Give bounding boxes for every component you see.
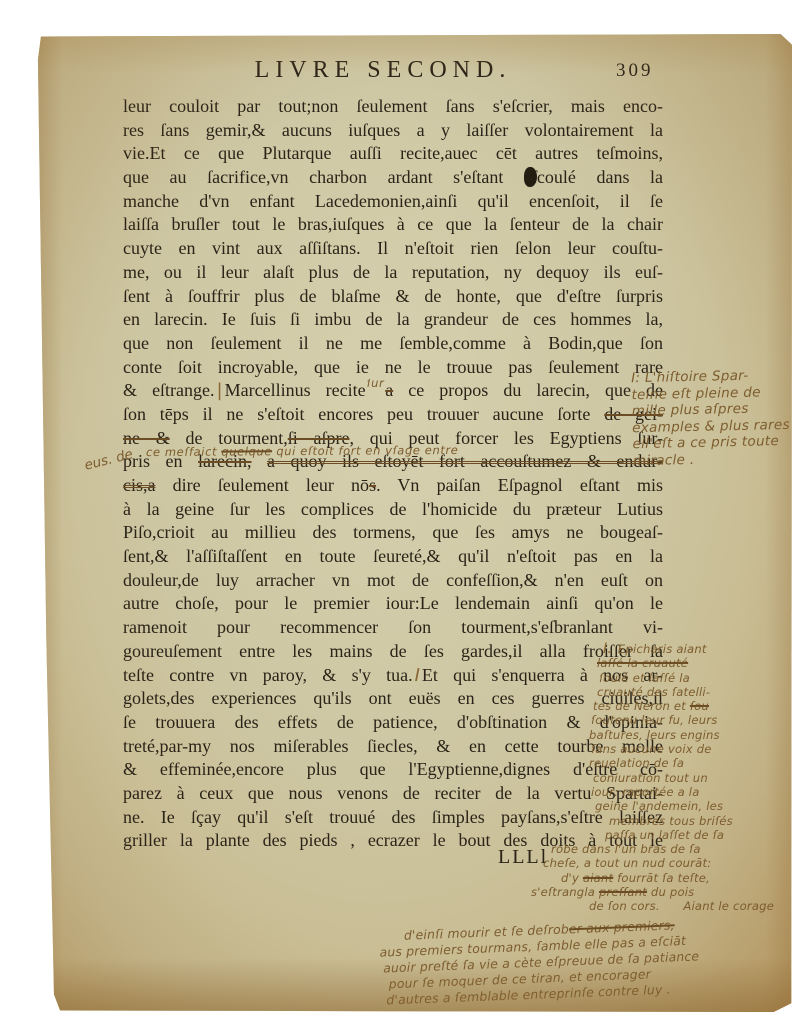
text-segment: & eſtrange. (123, 380, 215, 400)
print-line: ne. Ie ſçay qu'il s'eſt trouué des ſimpl… (123, 806, 663, 830)
text-segment: quelque (221, 444, 272, 458)
text-segment: a (385, 380, 393, 400)
text-segment: preſſant (599, 885, 647, 899)
print-line: que au ſacrifice,vn charbon ardant s'eſt… (123, 166, 663, 190)
print-line: treté,par-my nos miſerables ſiecles, & e… (123, 735, 663, 759)
text-segment: robe dans l'un bras de ſa (551, 842, 701, 856)
margin-note-line: laſſé la cruauté (597, 656, 792, 670)
margin-note-line: membres tous briſés (609, 814, 792, 828)
text-segment: ſoutenu leur fu, leurs (591, 713, 717, 727)
text-segment: me, ou il leur alaſt plus de la reputati… (123, 262, 663, 282)
text-segment: laſſé la cruauté (597, 656, 688, 670)
margin-note-line: s'eſtrangla preſſant du pois (531, 885, 792, 899)
margin-note-epicharis: I. Epicharis aiantlaſſé la cruautéſoulé … (601, 642, 792, 914)
margin-note-line: d'y aiant fourrāt ſa teſte, (561, 871, 792, 885)
text-segment: & effeminée,encore plus que l'Egyptienne… (123, 759, 663, 779)
print-line: ramenoit pour recommencer ſon tourment,s… (123, 616, 663, 640)
print-line: res ſans gemir,& aucuns iuſques a y laiſ… (123, 119, 663, 143)
page-number: 309 (616, 60, 654, 82)
print-line: ſe trouuera des effets de patience, d'ob… (123, 711, 663, 735)
margin-note-line: reuelation de ſa (589, 756, 792, 770)
text-segment: coulé dans la (537, 167, 663, 187)
text-segment: miracle . (633, 452, 695, 469)
text-segment: membres tous briſés (609, 814, 733, 828)
text-segment: conte ſoit incroyable, que ie ne le trou… (123, 357, 663, 377)
margin-note-sparta: I: L'hiſtoire Spar-teine eſt pleine demi… (631, 366, 792, 470)
print-line: teſte contre vn paroy, & s'y tua.IEt qui… (123, 664, 663, 688)
text-segment: paſſa un laſſet de ſa (605, 828, 724, 842)
print-line: Piſo,crioit au millieu des tormens, que … (123, 521, 663, 545)
text-segment: manche d'vn enfant Lacedemonien,ainſi qu… (123, 191, 663, 211)
text-segment: cuyte en vint aux aſſiſtans. Il n'eſtoit… (123, 238, 663, 258)
margin-note-line: iour: raportée a la (591, 785, 792, 799)
print-line: laiſſa bruſler tout le bras,iuſques à ce… (123, 213, 663, 237)
margin-note-line: tes de Neron et ſou (593, 699, 792, 713)
text-segment: Piſo,crioit au millieu des tormens, que … (123, 522, 663, 542)
margin-note-line: ſoulé et laſſé la (599, 671, 792, 685)
print-line: cuyte en vint aux aſſiſtans. Il n'eſtoit… (123, 237, 663, 261)
margin-note-line: baſtures, leurs engins (589, 728, 792, 742)
margin-note-line: paſſa un laſſet de ſa (605, 828, 792, 842)
ink-blot: eſ (524, 167, 537, 187)
text-segment: cheſe, a tout un nud courāt: (543, 856, 711, 870)
print-line: cis,a dire ſeulement leur nōs. Vn paiſan… (123, 474, 663, 498)
text-segment: de ſon cors. Aiant le corage (589, 899, 774, 913)
margin-note-line: coniuration tout un (593, 771, 792, 785)
text-segment: autre choſe, pour le premier iour:Le len… (123, 593, 663, 613)
text-segment: à la geine ſur les complices de l'homici… (123, 499, 663, 519)
page-sheet: LIVRE SECOND. 309 leur couloit par tout;… (28, 34, 792, 1012)
text-segment: ſou (690, 699, 709, 713)
text-segment: s'eſtrangla (531, 885, 599, 899)
print-line: ſon tēps il ne s'eſtoit encores peu trou… (123, 403, 663, 427)
text-segment: douleur,de luy arracher vn mot de confeſ… (123, 570, 663, 590)
text-segment: iour: raportée a la (591, 785, 700, 799)
text-segment: treté,par-my nos miſerables ſiecles, & e… (123, 736, 663, 756)
print-line: & effeminée,encore plus que l'Egyptienne… (123, 758, 663, 782)
text-segment: mille plus aſpres (632, 401, 749, 419)
text-segment: vie.Et ce que Plutarque auſſi recite,aue… (123, 143, 663, 163)
margin-note-line: ſans aucune voix de (591, 742, 792, 756)
superscript-insert: ſur (366, 379, 386, 390)
print-line: vie.Et ce que Plutarque auſſi recite,aue… (123, 142, 663, 166)
text-segment: Epicharis aiant (614, 642, 707, 656)
text-segment: parez à ceux que nous venons de reciter … (123, 783, 663, 803)
print-line: golets,des experiences qu'ils ont euës e… (123, 687, 663, 711)
text-segment: ſoulé et laſſé la (599, 671, 690, 685)
bottom-note-epicharis: d'einſi mourir et ſe deſrober aux premie… (379, 911, 792, 1008)
text-segment: d'y (561, 871, 583, 885)
insertion-mark: | (215, 380, 225, 401)
text-segment: coniuration tout un (593, 771, 708, 785)
print-line: autre choſe, pour le premier iour:Le len… (123, 592, 663, 616)
text-segment: goureuſement entre les mains de ſes gard… (123, 641, 663, 661)
print-line: que non ſeulement il ne me ſemble,comme … (123, 332, 663, 356)
text-segment: reuelation de ſa (589, 756, 684, 770)
text-segment: ce propos du larecin, que de (393, 380, 663, 400)
text-segment: ce meſfaict (146, 445, 221, 460)
margin-note-line: ſoutenu leur fu, leurs (591, 713, 792, 727)
body-text: leur couloit par tout;non ſeulement ſans… (123, 95, 663, 853)
text-segment: que non ſeulement il ne me ſemble,comme … (123, 333, 663, 353)
text-segment: ell'eſt a ce pris toute (632, 434, 779, 453)
text-segment: en larecin. Ie ſuis ſi imbu de la grande… (123, 309, 663, 329)
text-segment: ne. Ie ſçay qu'il s'eſt trouué des ſimpl… (123, 807, 663, 827)
text-segment: ſent,& l'aſſiſtaſſent en toute ſeureté,&… (123, 546, 663, 566)
insertion-mark: I. (601, 641, 614, 657)
print-line: & eſtrange.|Marcellinus reciteſura ce pr… (123, 379, 663, 403)
print-line: goureuſement entre les mains de ſes gard… (123, 640, 663, 664)
text-segment: ſe trouuera des effets de patience, d'ob… (123, 712, 663, 732)
print-line: me, ou il leur alaſt plus de la reputati… (123, 261, 663, 285)
text-segment: aiant (583, 871, 613, 885)
text-segment: laiſſa bruſler tout le bras,iuſques à ce… (123, 214, 663, 234)
print-line: leur couloit par tout;non ſeulement ſans… (123, 95, 663, 119)
text-segment: fourrāt ſa teſte, (613, 871, 710, 885)
margin-note-line: de ſon cors. Aiant le corage (589, 899, 792, 913)
text-segment: ſent à ſouffrir plus de blaſme & de hont… (123, 286, 663, 306)
text-segment: cis,a (123, 475, 155, 495)
text-segment: golets,des experiences qu'ils ont euës e… (123, 688, 663, 708)
print-line: manche d'vn enfant Lacedemonien,ainſi qu… (123, 190, 663, 214)
print-line: douleur,de luy arracher vn mot de confeſ… (123, 569, 663, 593)
text-segment: ſon tēps il ne s'eſtoit encores peu trou… (123, 404, 604, 424)
text-segment: baſtures, leurs engins (589, 728, 720, 742)
text-segment: I: L'hiſtoire Spar- (631, 368, 749, 386)
margin-note-line: cheſe, a tout un nud courāt: (543, 856, 792, 870)
print-line: en larecin. Ie ſuis ſi imbu de la grande… (123, 308, 663, 332)
text-segment: ramenoit pour recommencer ſon tourment,s… (123, 617, 663, 637)
print-line: conte ſoit incroyable, que ie ne le trou… (123, 356, 663, 380)
margin-note-line: cruauté des ſatelli- (597, 685, 792, 699)
text-segment: teine eſt pleine de (631, 384, 761, 403)
text-segment: que au ſacrifice,vn charbon ardant s'eſt… (123, 167, 524, 187)
text-segment: . Vn paiſan Eſpagnol eſtant mis (376, 475, 663, 495)
margin-note-line: I. Epicharis aiant (601, 642, 792, 656)
print-line: ſent,& l'aſſiſtaſſent en toute ſeureté,&… (123, 545, 663, 569)
text-segment: Marcellinus recite (225, 380, 366, 400)
print-line: ſent à ſouffrir plus de blaſme & de hont… (123, 285, 663, 309)
margin-note-line: geine l'andemein, les (595, 799, 792, 813)
text-segment: ſans aucune voix de (591, 742, 712, 756)
text-segment: tes de Neron et (593, 699, 690, 713)
margin-note-line: robe dans l'un bras de ſa (551, 842, 792, 856)
text-segment: leur couloit par tout;non ſeulement ſans… (123, 96, 663, 116)
text-segment: geine l'andemein, les (595, 799, 723, 813)
scanned-book-photo: { "document": { "header": { "title": "LI… (0, 0, 801, 1024)
text-segment: res ſans gemir,& aucuns iuſques a y laiſ… (123, 120, 663, 140)
text-segment: qui eſtoit fort en vſage entre (272, 443, 458, 458)
text-segment: teſte contre vn paroy, & s'y tua. (123, 665, 413, 685)
signature-mark: LLLl (498, 846, 548, 869)
running-title: LIVRE SECOND. (233, 57, 533, 84)
insertion-mark: I (413, 665, 422, 686)
print-line: parez à ceux que nous venons de reciter … (123, 782, 663, 806)
margin-note-line: miracle . (633, 449, 792, 470)
text-segment: dire ſeulement leur nō (155, 475, 369, 495)
interline-correction: ce meſfaict quelque qui eſtoit fort en v… (146, 443, 459, 459)
text-segment: du pois (647, 885, 694, 899)
text-segment: cruauté des ſatelli- (597, 685, 710, 699)
print-line: à la geine ſur les complices de l'homici… (123, 498, 663, 522)
margin-note-line: ell'eſt a ce pris toute (632, 432, 792, 453)
